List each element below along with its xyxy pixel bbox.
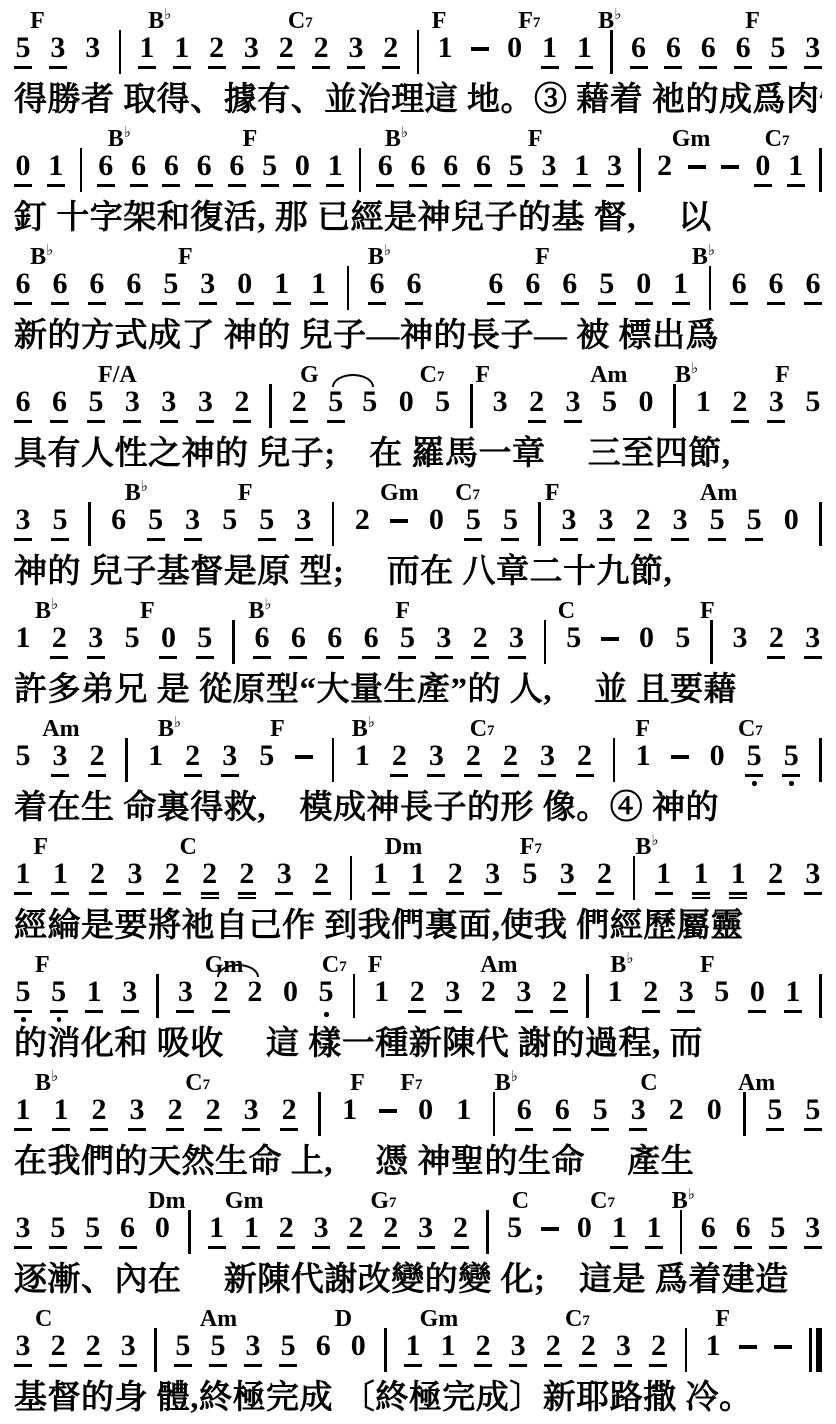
note-digit: 0 [16,151,31,181]
underline [731,420,749,423]
note: 3 [515,977,533,1007]
chord-label: Am [42,717,79,741]
underline [119,1364,137,1367]
underline [558,892,576,895]
underline [125,302,143,305]
note-digit: 5 [602,387,617,417]
note: 3 [671,505,689,535]
note: 1 [353,741,371,771]
note: 3 [184,505,202,535]
note: 3 [14,505,32,535]
note: 3 [242,1095,260,1125]
underline [208,66,226,69]
underline [464,538,482,541]
note: 6 [162,151,180,181]
note-digit: 0 [507,33,522,63]
chord-row: B♭C7FF7B♭CAm [14,1068,822,1095]
note-row: 3565355320553323550 [14,505,822,551]
chord-root: C [185,1070,202,1096]
note-digit: 5 [210,1331,225,1361]
note: 2 [184,741,202,771]
note-digit: 2 [476,1331,491,1361]
note: 2 [204,1095,222,1125]
note-digit: 5 [259,741,274,771]
barline [332,502,335,546]
note-digit: 3 [200,269,215,299]
note: 3 [84,33,102,63]
underline [444,1010,462,1013]
note-digit: 0 [237,269,252,299]
note-digit: 2 [90,741,105,771]
underline [196,420,214,423]
note: 1 [692,859,710,889]
duration-dash [739,1345,757,1349]
note: 6 [734,1213,752,1243]
chord-label: F [475,363,490,387]
chord-seventh: 7 [389,1195,397,1211]
chord-seventh: 7 [782,133,790,149]
note: 2 [233,387,251,417]
note-digit: 6 [562,269,577,299]
note: 6 [474,151,492,181]
note-digit: 6 [197,151,212,181]
underline [90,1128,108,1131]
chord-label: G [300,363,319,387]
note: 1 [326,151,344,181]
underline [261,184,279,187]
underline [591,1128,609,1131]
underline [408,1010,426,1013]
underline [642,1010,660,1013]
underline [560,538,578,541]
underline [699,66,717,69]
note: 0 [708,741,726,771]
note: 5 [279,1331,297,1361]
underline [326,184,344,187]
chord-row: DmGmG7CC7B♭ [14,1186,822,1213]
underline [14,420,32,423]
chord-label: F [745,9,760,33]
note: 5 [14,741,32,771]
duration-dash [390,519,408,523]
barline [633,856,636,900]
note: 6 [734,33,752,63]
chord-seventh: 7 [607,1195,615,1211]
note-digit: 1 [87,977,102,1007]
chord-label: B♭ [495,1071,518,1095]
note-digit: 5 [262,151,277,181]
note-digit: 3 [161,387,176,417]
chord-root: F [178,244,193,270]
system-4: F/AGC7FAmB♭F665333225505323501235具有人性之神的… [14,360,822,478]
note: 5 [317,977,335,1007]
note: 2 [49,1331,67,1361]
note-digit: 3 [88,623,103,653]
note: 5 [361,387,379,417]
note: 1 [436,33,454,63]
underline [635,302,653,305]
note-digit: 2 [383,1213,398,1243]
underline [474,184,492,187]
note-digit: 3 [348,33,363,63]
note: 6 [119,1213,137,1243]
note-digit: 3 [542,151,557,181]
chord-label: F [432,9,447,33]
note: 6 [362,623,380,653]
chord-seventh: 7 [534,841,542,857]
chord-label: F [30,9,45,33]
note-digit: 5 [197,623,212,653]
note: 2 [550,977,568,1007]
duration-dash [721,165,739,169]
underline [382,1246,400,1249]
note: 3 [597,505,615,535]
chord-row: AmB♭FB♭C7FC7 [14,714,822,741]
note-digit: 3 [122,977,137,1007]
underline [51,302,69,305]
note-digit: 5 [599,269,614,299]
note: 5 [565,623,583,653]
barline [156,974,159,1018]
underline [275,892,293,895]
note: 2 [767,859,785,889]
underline [347,1246,365,1249]
note: 6 [767,269,785,299]
chord-root: F [33,834,48,860]
underline [544,1364,562,1367]
lyrics-line: 新的方式成了 神的 兒子—神的長子— 被 標出爲 [14,315,822,360]
note: 3 [444,977,462,1007]
note: 5 [51,505,69,535]
chord-label: B♭ [30,245,53,269]
chord-root: F [140,598,155,624]
underline [507,184,525,187]
flat-icon: ♭ [141,479,148,495]
note: 1 [541,33,559,63]
note-digit: 2 [209,33,224,63]
note-digit: 2 [636,505,651,535]
underline [745,774,763,777]
note: 0 [349,1331,367,1361]
chord-label: C7 [590,1189,615,1213]
flat-icon: ♭ [46,243,53,259]
note: 5 [14,977,32,1007]
chord-label: C7 [288,9,313,33]
note: 5 [162,269,180,299]
chord-label: F [775,363,790,387]
note: 1 [655,859,673,889]
chord-label: F7 [400,1071,422,1095]
underline [748,1010,766,1013]
lyrics-line: 在我們的天然生命 上, 憑 神聖的生命 產生 [14,1141,822,1186]
system-1: FB♭C7FF7B♭F533112322321011666653得勝者 取得、據… [14,6,822,124]
underline [50,420,68,423]
note-digit: 5 [148,505,163,535]
note-digit: 5 [435,387,450,417]
note-digit: 2 [279,33,294,63]
note: 3 [121,977,139,1007]
note: 5 [501,505,519,535]
barline [359,148,362,192]
note: 6 [699,1213,717,1243]
note-digit: 1 [373,859,388,889]
underline [766,1128,784,1131]
chord-root: B [675,362,691,388]
note-digit: 3 [53,741,68,771]
chord-label: C7 [185,1071,210,1095]
underline [159,656,177,659]
note: 5 [147,505,165,535]
chord-label: B♭ [675,363,698,387]
barline [610,30,613,74]
underline [471,656,489,659]
underline [195,184,213,187]
note-digit: 2 [314,33,329,63]
note: 2 [163,859,181,889]
octave-dot [324,1012,329,1017]
note: 6 [368,269,386,299]
chord-row: FCDmF7B♭ [14,832,822,859]
chord-label: B♭ [148,9,171,33]
note: 3 [275,859,293,889]
flat-icon: ♭ [651,833,658,849]
barline [613,738,616,782]
note-row: 355601123223250116653 [14,1213,822,1259]
underline [88,774,106,777]
duration-dash [601,637,619,641]
underline [14,538,32,541]
note-digit: 3 [566,387,581,417]
note-digit: 5 [593,1095,608,1125]
note-digit: 6 [769,269,784,299]
note-digit: 0 [784,505,799,535]
note-digit: 3 [314,1213,329,1243]
note: 6 [487,269,505,299]
note-digit: 0 [429,505,444,535]
note-digit: 6 [16,269,31,299]
note-digit: 2 [769,623,784,653]
note: 3 [427,741,445,771]
underline [147,538,165,541]
barline [232,620,235,664]
note-digit: 2 [448,859,463,889]
underline [52,1128,70,1131]
note: 1 [310,269,328,299]
note-digit: 1 [647,1213,662,1243]
note-digit: 6 [16,387,31,417]
note: 0 [635,269,653,299]
note-digit: 2 [86,1331,101,1361]
note: 2 [656,151,674,181]
note-digit: 2 [202,859,217,889]
barline [819,974,822,1018]
note: 2 [50,623,68,653]
chord-row: B♭FB♭FB♭ [14,242,822,269]
note-digit: 1 [441,1331,456,1361]
note: 2 [667,1095,685,1125]
note: 3 [767,387,785,417]
underline [405,302,423,305]
underline [610,1246,628,1249]
note-digit: 0 [636,269,651,299]
underline [784,1010,802,1013]
underline [204,1128,222,1131]
note-digit: 6 [229,151,244,181]
underline [664,66,682,69]
underline [162,184,180,187]
barline [332,738,335,782]
note-digit: 6 [255,623,270,653]
chord-label: Gm [380,481,419,505]
note-digit: 1 [174,33,189,63]
underline [390,774,408,777]
underline [253,656,271,659]
underline [487,302,505,305]
note-digit: 3 [511,1331,526,1361]
chord-label: C [640,1071,657,1095]
note-digit: 5 [770,1213,785,1243]
note-digit: 1 [311,269,326,299]
note-digit: 6 [443,151,458,181]
underline [233,420,251,423]
underline [501,774,519,777]
note: 5 [713,977,731,1007]
chord-label: G7 [370,1189,396,1213]
underline [576,774,594,777]
note-digit: 3 [769,387,784,417]
note-digit: 5 [319,977,334,1007]
chord-label: F [178,245,193,269]
underline [163,892,181,895]
chord-seventh: 7 [755,723,763,739]
note: 3 [176,977,194,1007]
note-digit: 2 [355,505,370,535]
barline [673,384,676,428]
note: 6 [553,1095,571,1125]
underline [692,892,710,895]
underline [474,1364,492,1367]
barline [470,384,473,428]
underline [515,1010,533,1013]
underline [672,302,690,305]
chord-row: FGmC7FAmB♭F [14,950,822,977]
note: 1 [573,151,591,181]
note-digit: 3 [599,505,614,535]
note: 2 [649,1331,667,1361]
note-digit: 5 [566,623,581,653]
system-10: B♭C7FF7B♭CAm1123223210166532055在我們的天然生命 … [14,1068,822,1186]
flat-icon: ♭ [511,1069,518,1085]
chord-row: B♭FGmC7FAm [14,478,822,505]
chord-root: F [700,952,715,978]
final-bar-thick [816,1328,822,1372]
chord-label: B♭ [610,953,633,977]
underline [85,1010,103,1013]
duration-dash [671,755,689,759]
underline [804,656,822,659]
chord-row: FB♭C7FF7B♭F [14,6,822,33]
barline [486,1210,489,1254]
note: 3 [312,1213,330,1243]
underline [596,892,614,895]
underline [708,538,726,541]
note-digit: 5 [747,505,762,535]
chord-label: B♭ [35,599,58,623]
note: 0 [705,1095,723,1125]
note: 3 [123,387,141,417]
chord-root: B [692,244,708,270]
chord-label: B♭ [385,127,408,151]
note-digit: 3 [607,151,622,181]
note-digit: 0 [418,1095,433,1125]
chord-label: F [700,953,715,977]
note-digit: 3 [198,387,213,417]
note: 5 [14,33,32,63]
underline [14,892,32,895]
underline [295,538,313,541]
chord-label: F7 [520,835,542,859]
system-5: B♭FGmC7FAm3565355320553323550神的 兒子基督是原 型… [14,478,822,596]
note: 1 [208,1213,226,1243]
underline [14,1246,32,1249]
note: 2 [208,33,226,63]
chord-row: B♭FB♭FGmC7 [14,124,822,151]
note-digit: 3 [733,623,748,653]
barline [119,30,122,74]
note-digit: 6 [517,1095,532,1125]
note-digit: 3 [16,1213,31,1243]
note-digit: 1 [673,269,688,299]
chord-label: C7 [322,953,347,977]
duration-dash [471,47,489,51]
note-digit: 3 [485,859,500,889]
note-row: 66665301166666501666 [14,269,822,315]
underline [51,892,69,895]
note: 3 [484,859,502,889]
note: 2 [313,859,331,889]
note: 0 [637,387,655,417]
note: 6 [14,387,32,417]
note-digit: 1 [274,269,289,299]
chord-root: B [635,834,651,860]
note-digit: 5 [85,1213,100,1243]
note-digit: 5 [50,1213,65,1243]
underline [242,66,260,69]
note: 0 [506,33,524,63]
note-digit: 5 [16,977,31,1007]
note-digit: 1 [574,151,589,181]
note-digit: 2 [410,977,425,1007]
note-digit: 1 [410,859,425,889]
underline [540,184,558,187]
chord-root: F [475,362,490,388]
note-digit: 6 [701,1213,716,1243]
note-digit: 6 [488,269,503,299]
note: 0 [427,505,445,535]
note-digit: 5 [400,623,415,653]
note: 2 [528,387,546,417]
chord-label: B♭ [158,717,181,741]
note-digit: 0 [638,387,653,417]
note: 6 [326,623,344,653]
final-bar-thin [809,1328,812,1372]
note-digit: 2 [165,859,180,889]
chord-label: F [635,717,650,741]
note-digit: 5 [503,505,518,535]
note-digit: 1 [148,741,163,771]
chord-label: B♭ [598,9,621,33]
underline [509,1364,527,1367]
